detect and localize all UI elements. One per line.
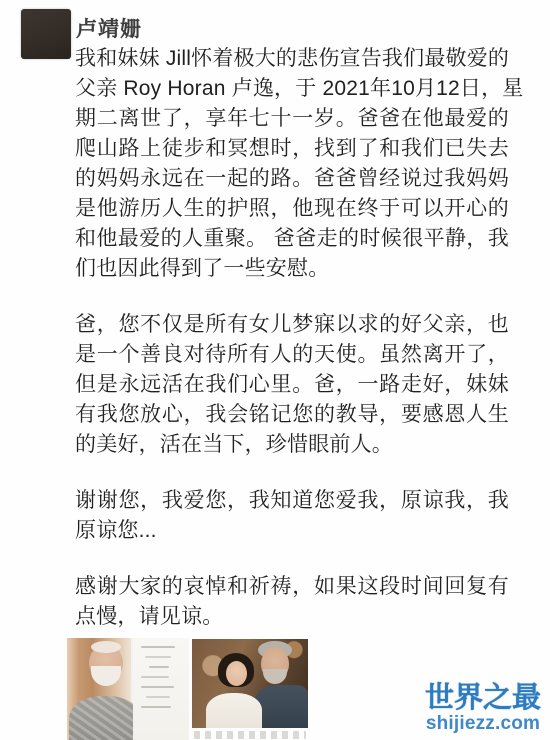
post-text-line: 我和妹妹 Jill怀着极大的悲伤宣告我们最敬爱的: [75, 44, 509, 74]
paragraph: 感谢大家的哀悼和祈祷，如果这段时间回复有 点慢，请见谅。: [75, 572, 509, 632]
document-text-line: [141, 686, 174, 688]
daughter-figure-face: [226, 661, 247, 686]
daughter-figure-white-top: [206, 693, 262, 728]
post-text-line: 爬山路上徒步和冥想时，找到了和我们已失去: [75, 134, 509, 164]
paragraph: 我和妹妹 Jill怀着极大的悲伤宣告我们最敬爱的 父亲 Roy Horan 卢逸…: [75, 44, 509, 284]
father-figure-dark-shirt: [254, 685, 308, 728]
post-body: 我和妹妹 Jill怀着极大的悲伤宣告我们最敬爱的 父亲 Roy Horan 卢逸…: [75, 44, 509, 632]
document-text-line: [146, 696, 170, 698]
document-text-line: [141, 676, 169, 678]
photo-father-with-document[interactable]: [67, 638, 189, 740]
father-figure-white-hair: [91, 641, 121, 653]
father-figure-torso: [69, 696, 141, 740]
author-avatar[interactable]: [21, 9, 71, 59]
post-text-line: 原谅您...: [75, 516, 509, 546]
post-text-line: 爸，您不仅是所有女儿梦寐以求的好父亲，也: [75, 310, 509, 340]
post-text-line: 父亲 Roy Horan 卢逸，于 2021年10月12日，星: [75, 74, 509, 104]
paragraph: 谢谢您，我爱您，我知道您爱我，原谅我，我 原谅您...: [75, 486, 509, 546]
post-text-line: 们也因此得到了一些安慰。: [75, 254, 509, 284]
document-text-line: [141, 706, 171, 708]
post-text-line: 有我您放心，我会铭记您的教导，要感恩人生: [75, 400, 509, 430]
post-text-line: 的美好，活在当下，珍惜眼前人。: [75, 430, 509, 460]
post-text-line: 是他游历人生的护照，他现在终于可以开心的: [75, 194, 509, 224]
photo-daughter-and-father[interactable]: [192, 639, 308, 740]
post-text-line: 的妈妈永远在一起的路。爸爸曾经说过我妈妈: [75, 164, 509, 194]
site-watermark: 世界之最 shijiezz.com: [422, 682, 544, 733]
post-text-line: 和他最爱的人重聚。 爸爸走的时候很平静，我: [75, 224, 509, 254]
post-text-line: 点慢，请见谅。: [75, 602, 509, 632]
watermark-logo-text: 世界之最: [422, 682, 544, 714]
document-text-line: [149, 666, 169, 668]
post-text-line: 谢谢您，我爱您，我知道您爱我，原谅我，我: [75, 486, 509, 516]
paragraph: 爸，您不仅是所有女儿梦寐以求的好父亲，也 是一个善良对待所有人的天使。虽然离开了…: [75, 310, 509, 460]
post-page: 卢靖姗 我和妹妹 Jill怀着极大的悲伤宣告我们最敬爱的 父亲 Roy Hora…: [0, 0, 550, 740]
post-text-line: 感谢大家的哀悼和祈祷，如果这段时间回复有: [75, 572, 509, 602]
father-figure-beard: [263, 669, 287, 684]
document-text-line: [141, 646, 175, 648]
photo-caption-blur: [194, 731, 306, 739]
framed-document: [133, 638, 189, 740]
post-text-line: 是一个善良对待所有人的天使。虽然离开了，: [75, 340, 509, 370]
photo-restaurant-scene: [192, 639, 308, 728]
author-name[interactable]: 卢靖姗: [76, 13, 142, 43]
post-text-line: 但是永远活在我们心里。爸，一路走好，妹妹: [75, 370, 509, 400]
document-text-line: [145, 656, 171, 658]
post-text-line: 期二离世了，享年七十一岁。爸爸在他最爱的: [75, 104, 509, 134]
watermark-domain-text: shijiezz.com: [422, 714, 544, 733]
